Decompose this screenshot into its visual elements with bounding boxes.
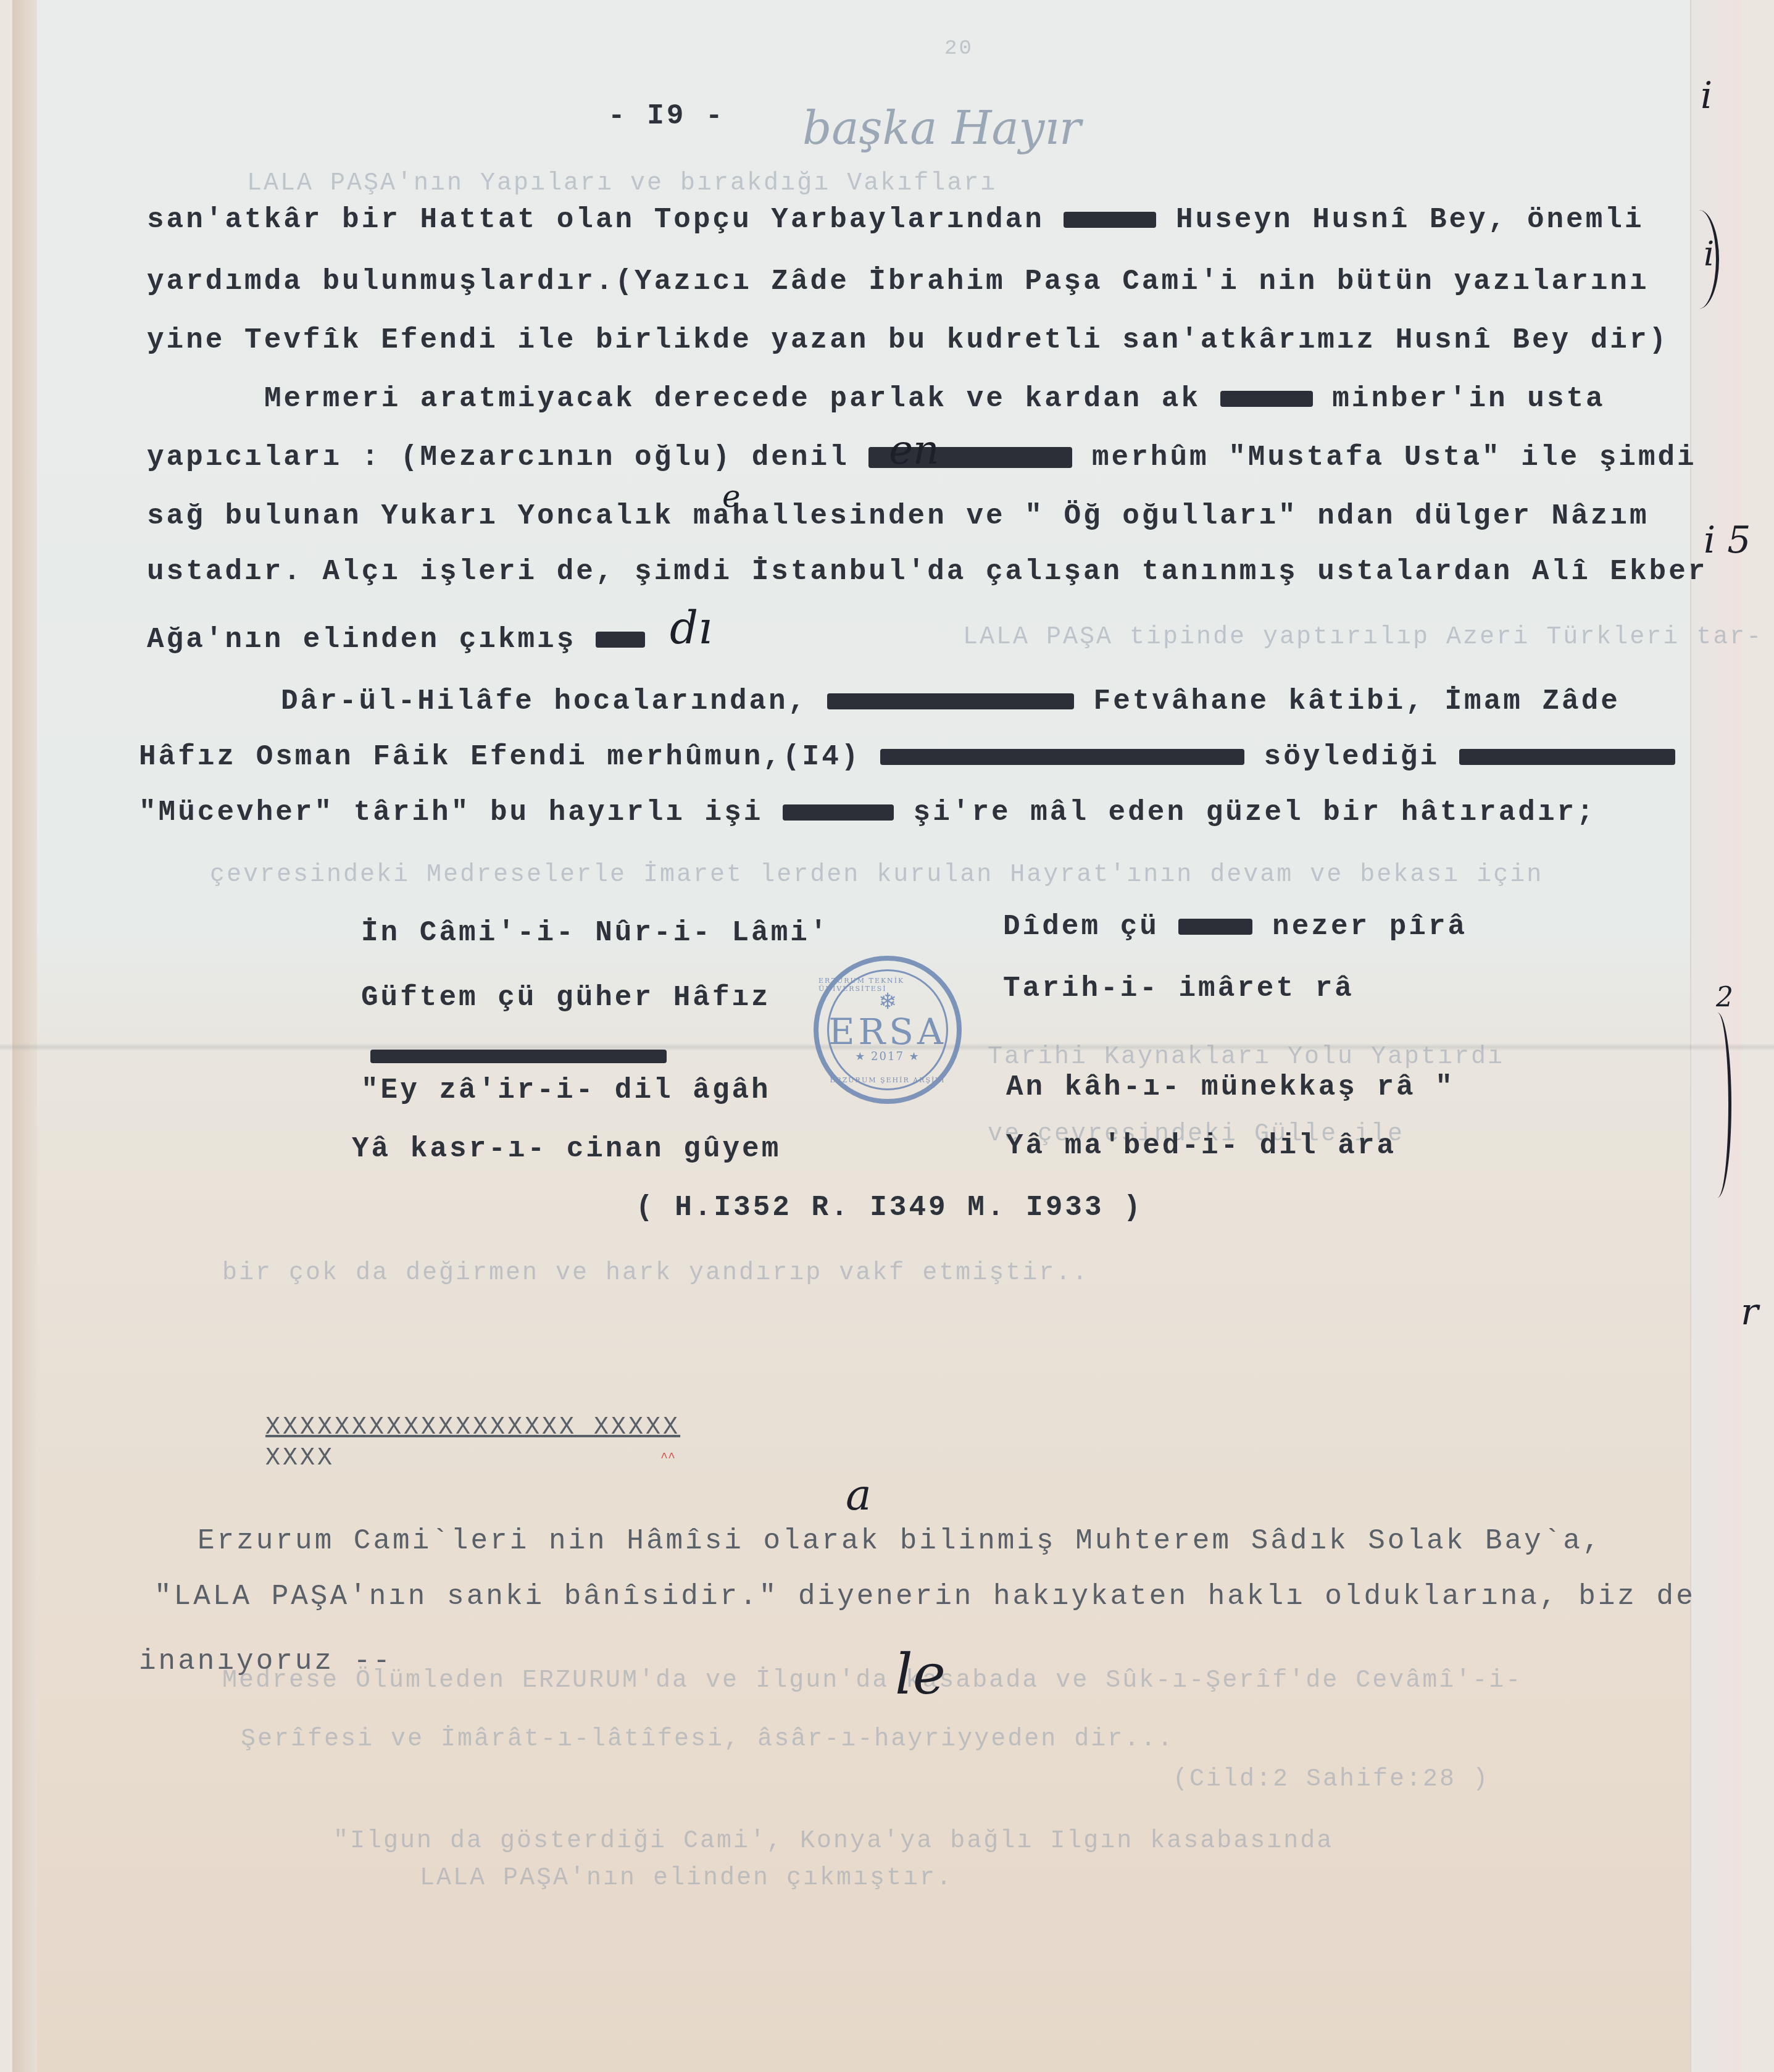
body-line-6: sağ bulunan Yukarı Yoncalık mahallesinde… (147, 500, 1649, 532)
body-line-3: yine Tevfîk Efendi ile birlikde yazan bu… (147, 324, 1668, 356)
ghost-line: LALA PAŞA'nın elinden çıkmıştır. (420, 1865, 953, 1892)
margin-bracket (1679, 210, 1719, 309)
poem-right-1: Dîdem çü nezer pîrâ (1003, 911, 1467, 943)
body-line-2: yardımda bulunmuşlardır.(Yazıcı Zâde İbr… (147, 265, 1649, 298)
poem-right-4: Yâ ma'bed-i- dil âra (1006, 1130, 1396, 1162)
margin-mark-i5: i 5 (1704, 519, 1751, 562)
struck-heading-2: XXXX (265, 1445, 335, 1473)
body-line-8: Ağa'nın elinden çıkmış (147, 624, 645, 656)
struck-word (827, 693, 1074, 709)
body-line-1: san'atkâr bir Hattat olan Topçu Yarbayla… (147, 204, 1644, 236)
pencil-note: başka Hayır (802, 102, 1081, 155)
margin-bracket (1704, 1013, 1731, 1198)
handwritten-le: le (895, 1642, 946, 1707)
book-spine (12, 0, 37, 2072)
poem-left-3: "Ey zâ'ir-i- dil âgâh (361, 1074, 771, 1106)
struck-word (1178, 919, 1252, 935)
handwritten-a: a (846, 1469, 872, 1520)
body-line-7: ustadır. Alçı işleri de, şimdi İstanbul'… (147, 556, 1707, 588)
poem-right-2: Tarih-i- imâret râ (1003, 972, 1354, 1005)
closing-line-3: inanıyoruz -- (139, 1645, 393, 1677)
poem-left-4: Yâ kasr-ı- cinan gûyem (352, 1133, 781, 1165)
struck-heading-1: XXXXXXXXXXXXXXXXXX XXXXX (265, 1414, 680, 1442)
ghost-header: LALA PAŞA'nın Yapıları ve bırakdığı Vakı… (247, 170, 997, 198)
struck-word (783, 804, 894, 821)
body-line-11: "Mücevher" târih" bu hayırlı işi şi're m… (139, 796, 1596, 829)
closing-line-1: Erzurum Cami`leri nin Hâmîsi olarak bili… (198, 1525, 1602, 1557)
stamp-bottom-text: ERZURUM ŞEHİR ARŞİVİ (830, 1076, 945, 1084)
poem-right-3: An kâh-ı- münekkaş râ " (1006, 1071, 1455, 1103)
body-line-4: Mermeri aratmiyacak derecede parlak ve k… (264, 383, 1605, 415)
struck-word (1459, 749, 1675, 765)
stamp-top-text: ERZURUM TEKNİK ÜNİVERSİTESİ (818, 977, 957, 993)
ghost-line: Medrese Ölümleden ERZURUM'da ve İlgun'da… (222, 1667, 1522, 1695)
handwritten-e: e (722, 478, 741, 514)
closing-line-2: "LALA PAŞA'nın sanki bânîsidir." diyener… (154, 1581, 1696, 1613)
poem-date: ( H.I352 R. I349 M. I933 ) (636, 1192, 1143, 1224)
handwritten-di: dı (670, 602, 712, 654)
margin-mark-r: r (1741, 1290, 1759, 1334)
ersa-archive-stamp: ERZURUM TEKNİK ÜNİVERSİTESİ ❄ ERSA ★ 201… (814, 956, 962, 1104)
ghost-line: bir çok da değirmen ve hark yandırıp vak… (222, 1259, 1089, 1287)
poem-struck-line (370, 1040, 667, 1072)
page-number: - I9 - (608, 100, 725, 132)
struck-word (370, 1050, 667, 1063)
poem-left-2: Güftem çü güher Hâfız (361, 982, 771, 1014)
body-line-10: Hâfız Osman Fâik Efendi merhûmun,(I4) sö… (139, 741, 1675, 773)
ghost-line: Tarihi Kaynakları Yolu Yaptırdı (988, 1043, 1504, 1071)
struck-word (596, 632, 645, 648)
pencil-page-number: 20 (944, 37, 973, 61)
margin-mark-2: 2 (1716, 982, 1733, 1013)
struck-word (1064, 212, 1156, 228)
body-line-9: Dâr-ül-Hilâfe hocalarından, Fetvâhane kâ… (281, 685, 1620, 717)
margin-mark-top: i (1701, 74, 1712, 117)
struck-word (880, 749, 1244, 765)
red-caret-marks: ^^ (660, 1451, 675, 1465)
ghost-line: çevresindeki Medreselerle İmaret lerden … (210, 861, 1543, 889)
ghost-line: (Cild:2 Sahife:28 ) (1173, 1766, 1489, 1794)
handwritten-en: en (889, 426, 939, 474)
poem-left-1: İn Câmi'-i- Nûr-i- Lâmi' (361, 917, 830, 949)
struck-word (1220, 391, 1313, 407)
ghost-line: Şerîfesi ve İmârât-ı-lâtîfesi, âsâr-ı-ha… (241, 1726, 1174, 1753)
ghost-line: LALA PAŞA tipinde yaptırılıp Azeri Türkl… (963, 624, 1763, 651)
ghost-line: "Ilgun da gösterdiği Cami', Konya'ya bağ… (333, 1828, 1333, 1855)
